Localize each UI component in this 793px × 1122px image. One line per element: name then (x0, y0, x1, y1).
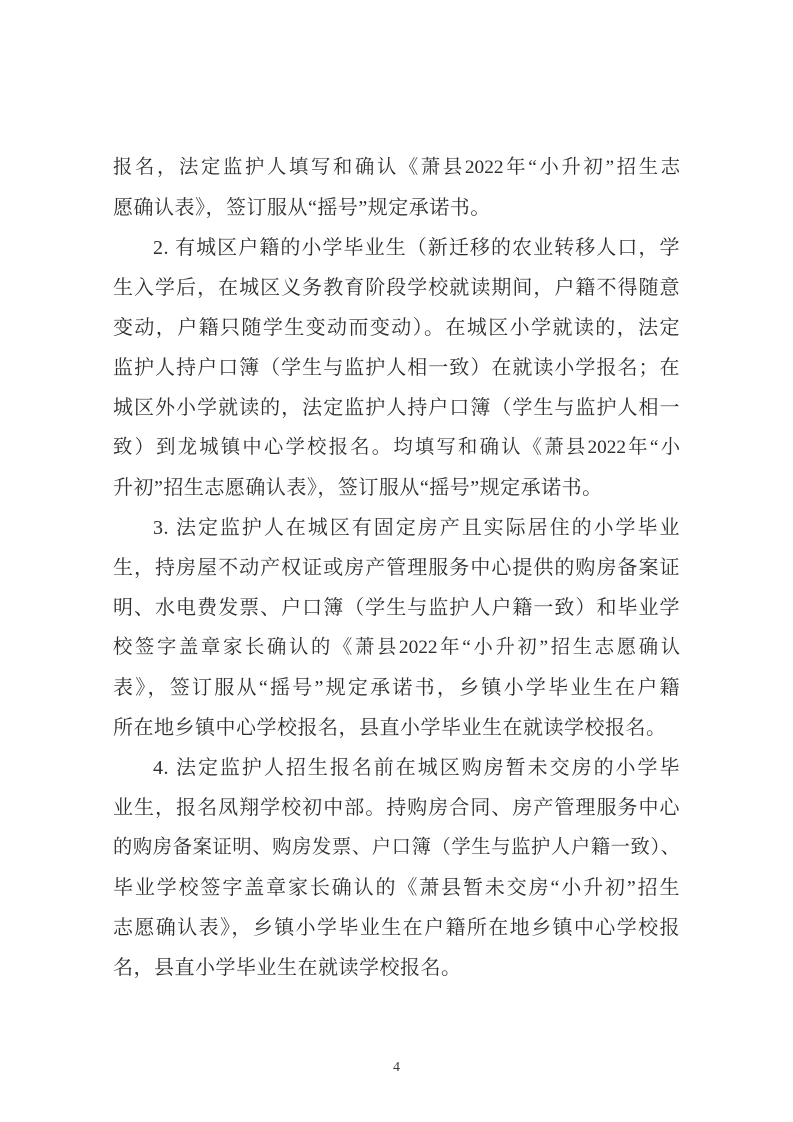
text-line: 的购房备案证明、购房发票、户口簿（学生与监护人户籍一致）、 (113, 828, 680, 868)
page-footer: 4 (0, 1058, 793, 1076)
text-line: 监护人持户口簿（学生与监护人相一致）在就读小学报名；在 (113, 348, 680, 388)
text-line: 变动，户籍只随学生变动而变动）。在城区小学就读的，法定 (113, 308, 680, 348)
text-line: 2. 有城区户籍的小学毕业生（新迁移的农业转移人口，学 (113, 228, 680, 268)
text-line: 愿确认表》，签订服从“摇号”规定承诺书。 (113, 188, 680, 228)
text-line: 志愿确认表》，乡镇小学毕业生在户籍所在地乡镇中心学校报 (113, 908, 680, 948)
text-line: 3. 法定监护人在城区有固定房产且实际居住的小学毕业 (113, 508, 680, 548)
text-line: 致）到龙城镇中心学校报名。均填写和确认《萧县2022年“小 (113, 428, 680, 468)
text-line: 报名，法定监护人填写和确认《萧县2022年“小升初”招生志 (113, 148, 680, 188)
text-line: 业生，报名凤翔学校初中部。持购房合同、房产管理服务中心 (113, 788, 680, 828)
text-line: 生，持房屋不动产权证或房产管理服务中心提供的购房备案证 (113, 548, 680, 588)
text-line: 生入学后，在城区义务教育阶段学校就读期间，户籍不得随意 (113, 268, 680, 308)
text-line: 城区外小学就读的，法定监护人持户口簿（学生与监护人相一 (113, 388, 680, 428)
page-number: 4 (393, 1060, 400, 1075)
document-page: 报名，法定监护人填写和确认《萧县2022年“小升初”招生志愿确认表》，签订服从“… (0, 0, 793, 1122)
text-line: 校签字盖章家长确认的《萧县2022年“小升初”招生志愿确认 (113, 628, 680, 668)
document-body: 报名，法定监护人填写和确认《萧县2022年“小升初”招生志愿确认表》，签订服从“… (113, 148, 680, 988)
text-line: 毕业学校签字盖章家长确认的《萧县暂未交房“小升初”招生 (113, 868, 680, 908)
text-line: 名，县直小学毕业生在就读学校报名。 (113, 948, 680, 988)
text-line: 明、水电费发票、户口簿（学生与监护人户籍一致）和毕业学 (113, 588, 680, 628)
text-line: 4. 法定监护人招生报名前在城区购房暂未交房的小学毕 (113, 748, 680, 788)
text-line: 表》，签订服从“摇号”规定承诺书，乡镇小学毕业生在户籍 (113, 668, 680, 708)
text-line: 所在地乡镇中心学校报名，县直小学毕业生在就读学校报名。 (113, 708, 680, 748)
text-line: 升初”招生志愿确认表》，签订服从“摇号”规定承诺书。 (113, 468, 680, 508)
